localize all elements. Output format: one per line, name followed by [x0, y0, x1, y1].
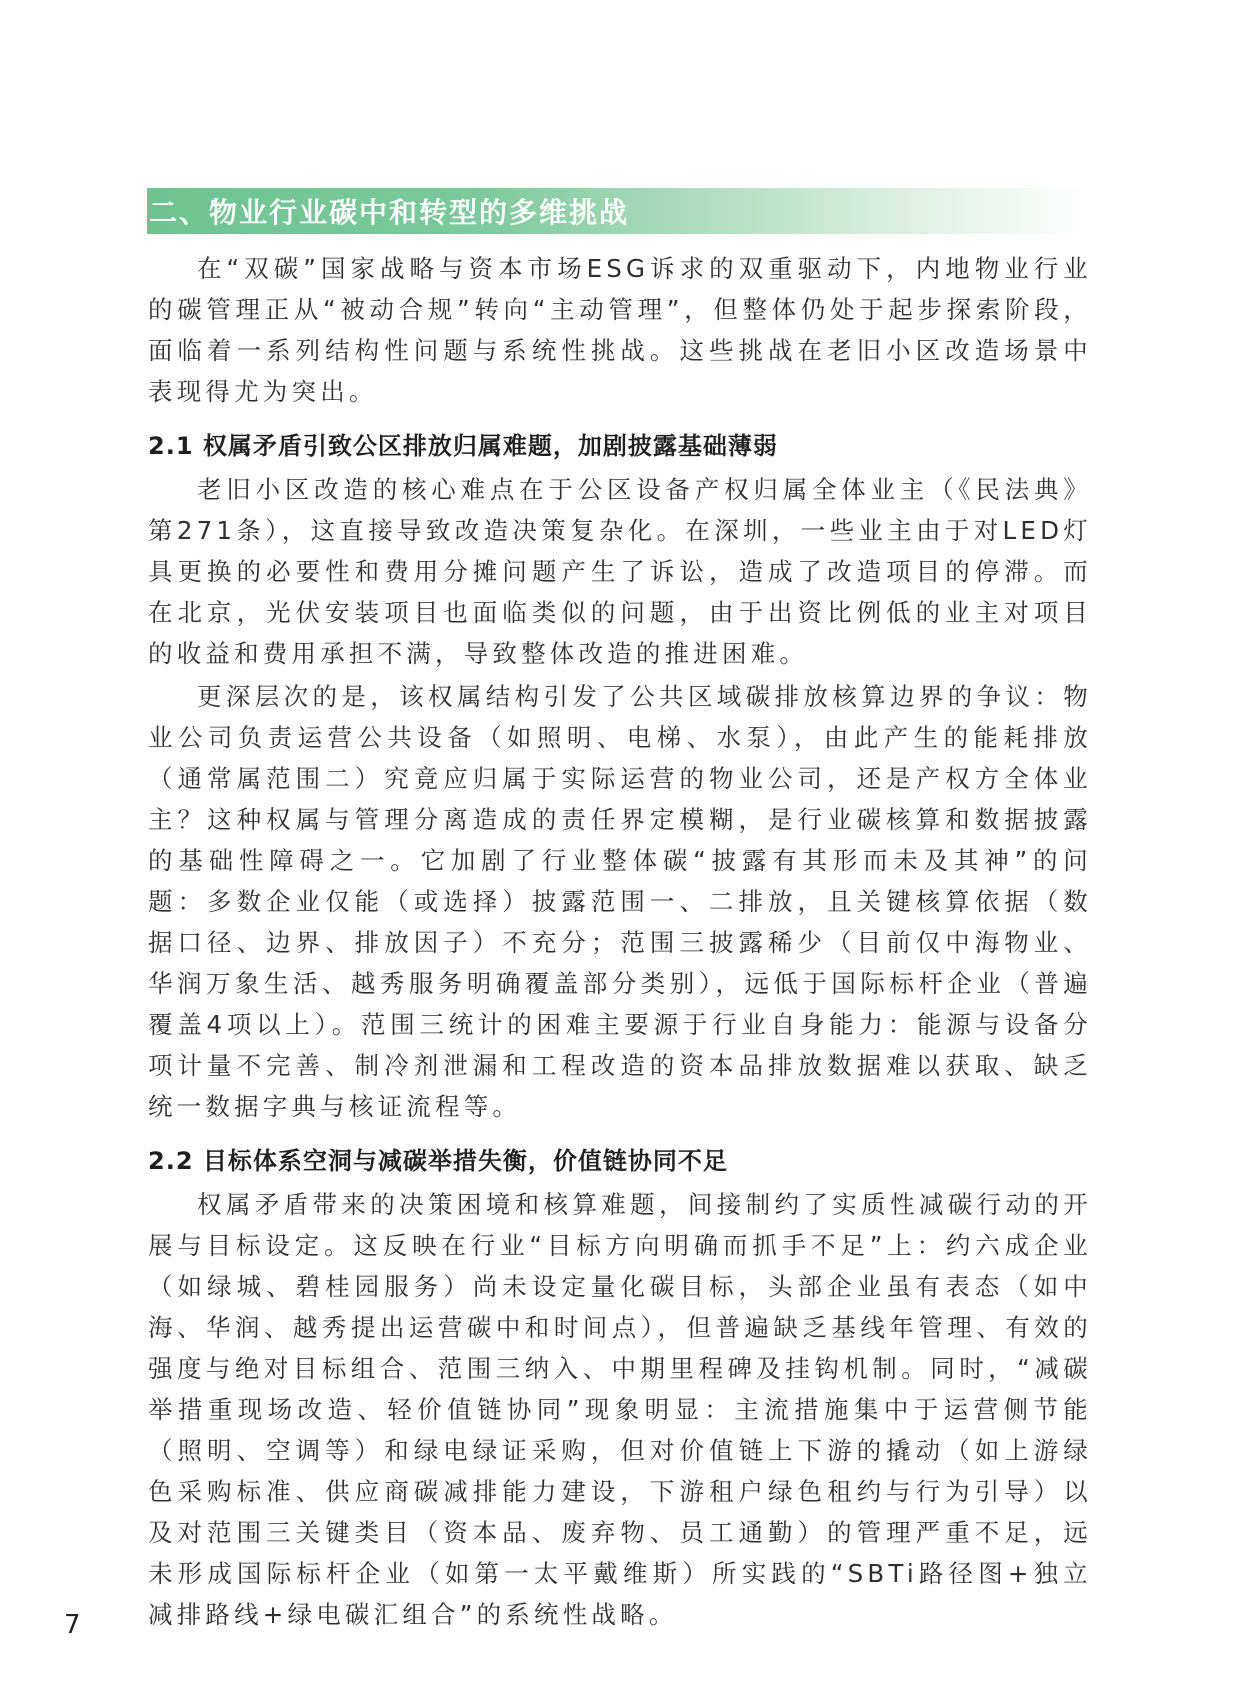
document-body: 在“双碳”国家战略与资本市场ESG诉求的双重驱动下，内地物业行业的碳管理正从“被… [148, 248, 1092, 1637]
page-number: 7 [64, 1610, 81, 1640]
section-title-banner: 二、物业行业碳中和转型的多维挑战 [147, 188, 1087, 234]
paragraph-2-1-b: 更深层次的是，该权属结构引发了公共区域碳排放核算边界的争议：物业公司负责运营公共… [148, 676, 1092, 1127]
subsection-heading-2-2: 2.2 目标体系空洞与减碳举措失衡，价值链协同不足 [148, 1141, 1092, 1182]
paragraph-2-2-a: 权属矛盾带来的决策困境和核算难题，间接制约了实质性减碳行动的开展与目标设定。这反… [148, 1184, 1092, 1635]
section-title: 二、物业行业碳中和转型的多维挑战 [147, 191, 629, 231]
subsection-heading-2-1: 2.1 权属矛盾引致公区排放归属难题，加剧披露基础薄弱 [148, 426, 1092, 467]
document-page: 二、物业行业碳中和转型的多维挑战 在“双碳”国家战略与资本市场ESG诉求的双重驱… [0, 0, 1241, 1684]
intro-paragraph: 在“双碳”国家战略与资本市场ESG诉求的双重驱动下，内地物业行业的碳管理正从“被… [148, 248, 1092, 412]
paragraph-2-1-a: 老旧小区改造的核心难点在于公区设备产权归属全体业主（《民法典》第271条），这直… [148, 469, 1092, 674]
